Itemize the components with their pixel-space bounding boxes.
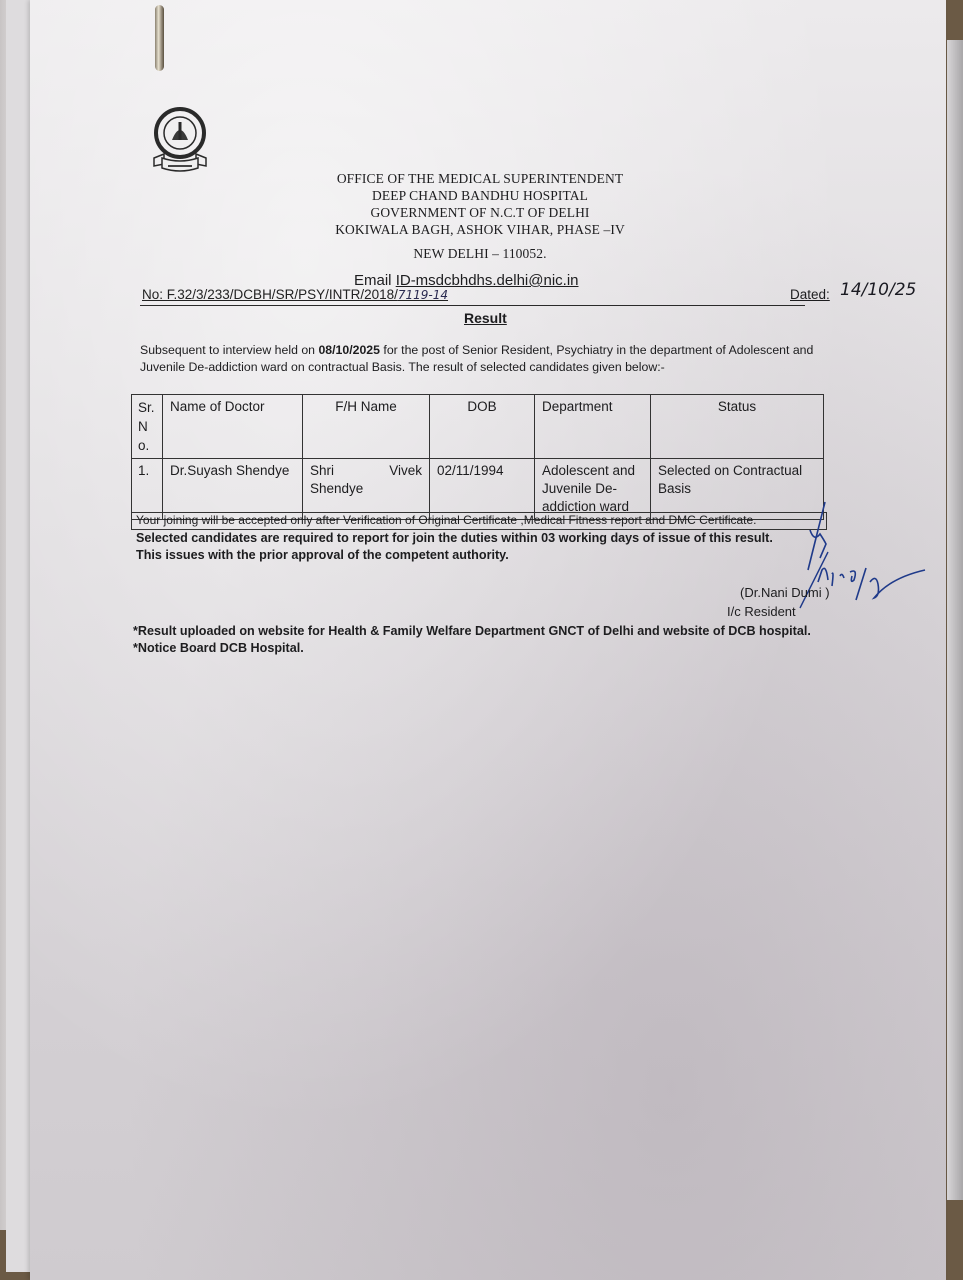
- cell-fh-name: ShriVivek Shendye: [303, 459, 430, 520]
- dated-label: Dated:: [790, 287, 830, 302]
- fh-name-part-1: Shri: [310, 462, 334, 480]
- footer-note-notice-board: *Notice Board DCB Hospital.: [133, 640, 811, 657]
- document-title: Result: [464, 310, 507, 326]
- intro-paragraph: Subsequent to interview held on 08/10/20…: [140, 342, 830, 376]
- cell-name: Dr.Suyash Shendye: [163, 459, 303, 520]
- table-header-row: Sr. No. Name of Doctor F/H Name DOB Depa…: [132, 395, 824, 459]
- cell-sr-no: 1.: [132, 459, 163, 520]
- header-fh-name: F/H Name: [303, 395, 430, 459]
- header-block: OFFICE OF THE MEDICAL SUPERINTENDENT DEE…: [250, 170, 710, 262]
- header-line-government: GOVERNMENT OF N.C.T OF DELHI: [250, 204, 710, 221]
- intro-text-1: Subsequent to interview held on: [140, 343, 318, 357]
- hospital-emblem-icon: [150, 106, 210, 178]
- header-line-address: KOKIWALA BAGH, ASHOK VIHAR, PHASE –IV: [250, 221, 710, 238]
- header-dob: DOB: [430, 395, 535, 459]
- dated-handwritten: 14/10/25: [840, 280, 916, 300]
- reference-number-printed: No: F.32/3/233/DCBH/SR/PSY/INTR/2018/: [142, 287, 398, 302]
- cell-dob: 02/11/1994: [430, 459, 535, 520]
- header-line-hospital: DEEP CHAND BANDHU HOSPITAL: [250, 187, 710, 204]
- header-status: Status: [651, 395, 824, 459]
- header-line-office: OFFICE OF THE MEDICAL SUPERINTENDENT: [250, 170, 710, 187]
- notes-block: Selected candidates are required to repo…: [136, 530, 773, 564]
- fh-name-part-3: Shendye: [310, 480, 422, 498]
- footer-notes: *Result uploaded on website for Health &…: [133, 623, 811, 657]
- signatory-designation: I/c Resident: [727, 604, 796, 619]
- signatory-name: (Dr.Nani Dumi ): [740, 585, 830, 600]
- result-table: Sr. No. Name of Doctor F/H Name DOB Depa…: [131, 394, 824, 520]
- header-department: Department: [535, 395, 651, 459]
- joining-note: Your joining will be accepted only after…: [131, 512, 827, 530]
- footer-note-website: *Result uploaded on website for Health &…: [133, 623, 811, 640]
- header-name: Name of Doctor: [163, 395, 303, 459]
- table-row: 1. Dr.Suyash Shendye ShriVivek Shendye 0…: [132, 459, 824, 520]
- stapler-pin: [155, 5, 164, 71]
- note-reporting: Selected candidates are required to repo…: [136, 530, 773, 547]
- reference-line: No: F.32/3/233/DCBH/SR/PSY/INTR/2018/711…: [140, 287, 805, 306]
- header-sr-no-text: Sr. No.: [138, 398, 156, 455]
- reference-number-handwritten: 7119-14: [398, 288, 448, 302]
- header-sr-no: Sr. No.: [132, 395, 163, 459]
- interview-date: 08/10/2025: [318, 343, 380, 357]
- header-line-city: NEW DELHI – 110052.: [250, 245, 710, 262]
- fh-name-part-2: Vivek: [389, 462, 422, 480]
- note-approval: This issues with the prior approval of t…: [136, 547, 773, 564]
- paper-stack-right: [947, 40, 963, 1200]
- cell-department: Adolescent and Juvenile De-addiction war…: [535, 459, 651, 520]
- reference-number: No: F.32/3/233/DCBH/SR/PSY/INTR/2018/711…: [142, 287, 448, 302]
